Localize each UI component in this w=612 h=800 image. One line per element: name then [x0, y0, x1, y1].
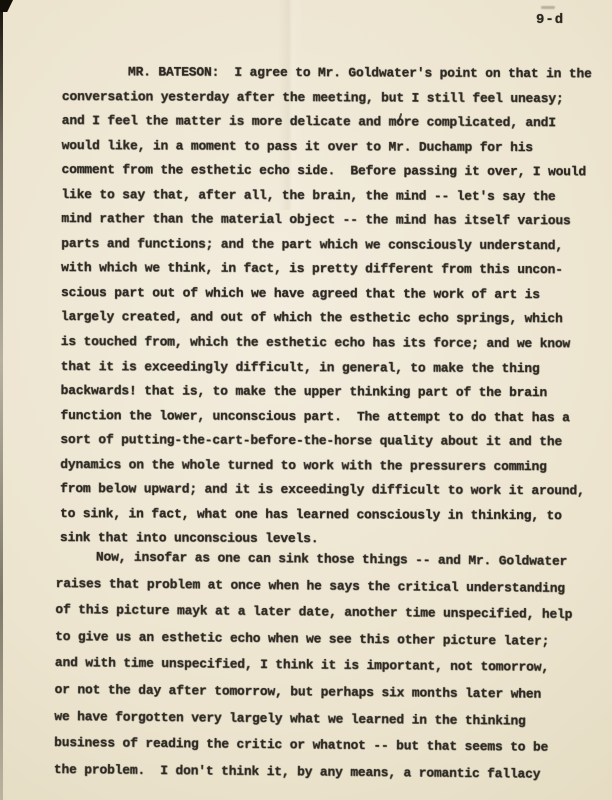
paragraph-bateson-continued: Now, insofar as one can sink those thing…: [54, 544, 601, 789]
typewritten-line: the problem. I don't think it, by any me…: [54, 757, 599, 789]
page-number: 9-d: [536, 12, 564, 28]
typewritten-line: that it is exceedingly difficult, in gen…: [61, 355, 601, 382]
typewritten-line: with which we think, in fact, is pretty …: [61, 256, 601, 283]
paragraph-bateson-opening: MR. BATESON: I agree to Mr. Goldwater's …: [60, 60, 602, 553]
typewritten-line: is touched from, which the esthetic echo…: [61, 330, 601, 357]
typewritten-line: parts and functions; and the part which …: [61, 232, 601, 259]
typewritten-line: MR. BATESON: I agree to Mr. Goldwater's …: [62, 60, 602, 87]
typewritten-line: backwards! that is, to make the upper th…: [61, 379, 601, 406]
typewritten-line: dynamics on the whole turned to work wit…: [60, 453, 600, 480]
typewritten-line: to sink, in fact, what one has learned c…: [60, 502, 600, 529]
typewritten-line: largely created, and out of which the es…: [61, 305, 601, 332]
scanner-edge-strip: [0, 0, 3, 800]
typewritten-line: mind rather than the material object -- …: [61, 207, 601, 234]
typewritten-line: conversation yesterday after the meeting…: [62, 85, 602, 112]
typewritten-line: function the lower, unconscious part. Th…: [60, 404, 600, 431]
typewritten-line: from below upward; and it is exceedingly…: [60, 477, 600, 504]
typewritten-line: would like, in a moment to pass it over …: [62, 134, 602, 161]
typewritten-line: comment from the esthetic echo side. Bef…: [61, 158, 601, 185]
typewritten-line: like to say that, after all, the brain, …: [61, 183, 601, 210]
typewritten-line: scious part out of which we have agreed …: [61, 281, 601, 308]
scanner-corner-mark: [0, 0, 13, 12]
typewritten-line: sort of putting-the-cart-before-the-hors…: [60, 428, 600, 455]
scanned-typescript-page: 9-d MR. BATESON: I agree to Mr. Goldwate…: [0, 0, 612, 800]
ink-smudge: [541, 6, 555, 9]
typewritten-line: and I feel the matter is more delicate a…: [62, 109, 602, 136]
